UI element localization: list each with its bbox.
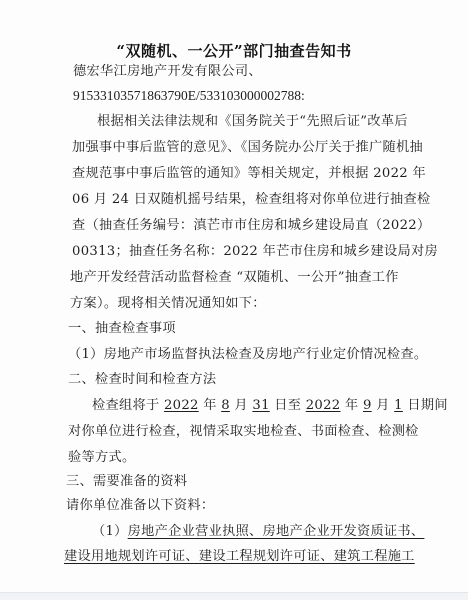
end-month: 9 <box>363 398 372 413</box>
required-documents-line-1: 房地产企业营业执照、房地产企业开发资质证书、 <box>128 524 425 539</box>
section-1-heading: 一、抽查检查事项 <box>68 319 176 339</box>
inspection-period-line: 检查组将于 2022 年 8 月 31 日至 2022 年 9 月 1 日期间 <box>92 396 448 416</box>
intro-line-8: 方案）。现将相关情况通知如下： <box>70 294 266 314</box>
year-label: 年 <box>199 398 221 413</box>
month-label: 月 <box>230 398 252 413</box>
end-day: 1 <box>394 398 403 413</box>
document-page: “双随机、一公开”部门抽查告知书 德宏华江房地产开发有限公司、 91533103… <box>0 0 468 592</box>
intro-line-2: 加强事中事后监管的意见》、《国务院办公厅关于推广随机抽 <box>72 138 423 158</box>
period-suffix: 日期间 <box>403 398 448 413</box>
section-3-heading: 三、需要准备的资料 <box>66 472 187 492</box>
intro-line-5: 查（抽查任务编号：滇芒市市住房和城乡建设局直（2022） <box>72 216 430 236</box>
period-prefix: 检查组将于 <box>92 398 164 413</box>
section-1-item-1: （1）房地产市场监督执法检查及房地产行业定价情况检查。 <box>68 345 427 365</box>
intro-line-6: 00313；抽查任务名称：2022 年芒市住房和城乡建设局对房 <box>72 242 438 262</box>
month-label: 月 <box>372 398 394 413</box>
section-2-line-2: 对你单位进行检查，视情采取实地检查、书面检查、检测检 <box>68 422 419 442</box>
recipient-name: 德宏华江房地产开发有限公司、 <box>73 62 262 82</box>
recipient-credit-code: 91533103571863790E/533103000002788: <box>73 86 305 106</box>
section-2-heading: 二、检查时间和检查方法 <box>68 370 216 390</box>
page-bottom-edge <box>0 592 468 600</box>
section-3-item-1: （1）房地产企业营业执照、房地产企业开发资质证书、 <box>92 522 424 542</box>
required-documents-line-2: 建设用地规划许可证、建设工程规划许可证、建筑工程施工 <box>64 547 415 567</box>
start-year: 2022 <box>164 398 199 413</box>
intro-line-3: 查规范事中事后监管的通知》等相关规定，并根据 2022 年 <box>72 164 426 184</box>
item-number: （1） <box>92 524 128 539</box>
start-month: 8 <box>221 398 230 413</box>
intro-line-7: 地产开发经营活动监督检查 “双随机、一公开”抽查工作 <box>70 268 399 288</box>
intro-line-4: 06 月 24 日双随机摇号结果，检查组将对你单位进行抽查检 <box>72 190 430 210</box>
section-3-intro: 请你单位准备以下资料： <box>66 496 214 516</box>
section-2-line-3: 验等方式。 <box>68 448 135 468</box>
end-year: 2022 <box>306 398 341 413</box>
year-label: 年 <box>341 398 363 413</box>
document-title: “双随机、一公开”部门抽查告知书 <box>0 40 468 61</box>
to-label: 日至 <box>270 398 306 413</box>
start-day: 31 <box>252 398 269 413</box>
intro-line-1: 根据相关法律法规和《国务院关于“先照后证”改革后 <box>97 112 408 132</box>
